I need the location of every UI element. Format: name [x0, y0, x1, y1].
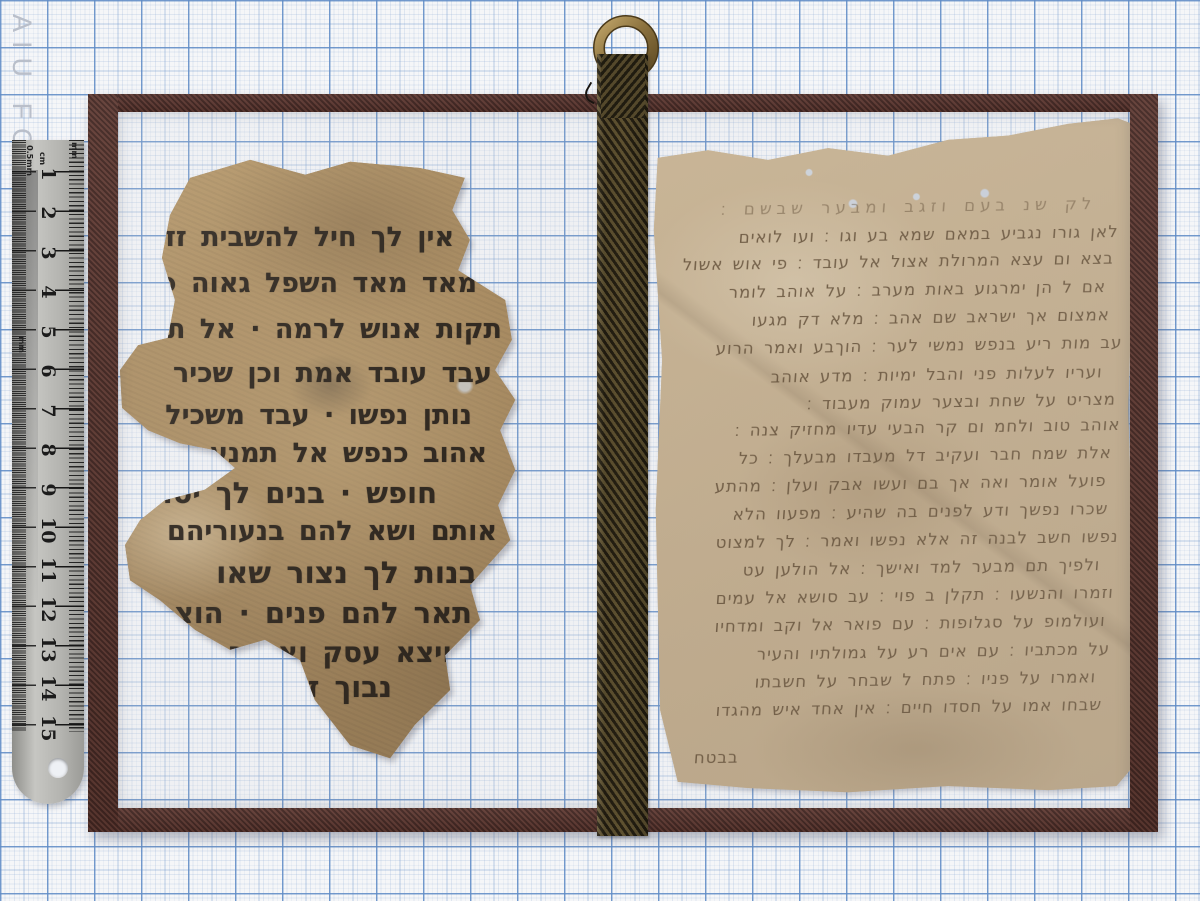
ruler-number: 7 [37, 399, 59, 423]
ruler-number: 10 [37, 517, 59, 541]
ruler-label-mm: mm [70, 142, 79, 159]
frame-band-left [88, 94, 118, 832]
ruler-number: 5 [37, 320, 59, 344]
ruler-number: 2 [37, 201, 59, 225]
ruler-number: 6 [37, 359, 59, 383]
ruler-ticks-cm-right [55, 171, 84, 731]
ruler-number: 1 [37, 162, 59, 186]
ruler-number: 3 [37, 241, 59, 265]
ruler-number: 15 [37, 715, 59, 739]
hanging-strap [597, 54, 648, 836]
hanging-strap-fold [601, 54, 645, 118]
photo-of-genizah-fragments: { "scene": { "watermark": "AIU FCP NKT",… [0, 0, 1200, 901]
ruler: mm cm 0.5mm mm 1 2 3 4 5 6 7 8 9 10 11 1… [12, 140, 84, 804]
ruler-label-halfmm: 0.5mm [25, 145, 34, 176]
ruler-hole [48, 758, 68, 778]
ruler-number: 8 [37, 438, 59, 462]
ruler-number: 12 [37, 596, 59, 620]
ruler-number: 13 [37, 636, 59, 660]
ruler-number: 9 [37, 478, 59, 502]
ruler-label-mm-mid: mm [17, 336, 26, 353]
frame-band-right [1130, 94, 1158, 832]
ruler-number: 14 [37, 675, 59, 699]
ruler-ticks-cm-left [12, 171, 36, 731]
ruler-number: 11 [37, 557, 59, 581]
ruler-number: 4 [37, 280, 59, 304]
